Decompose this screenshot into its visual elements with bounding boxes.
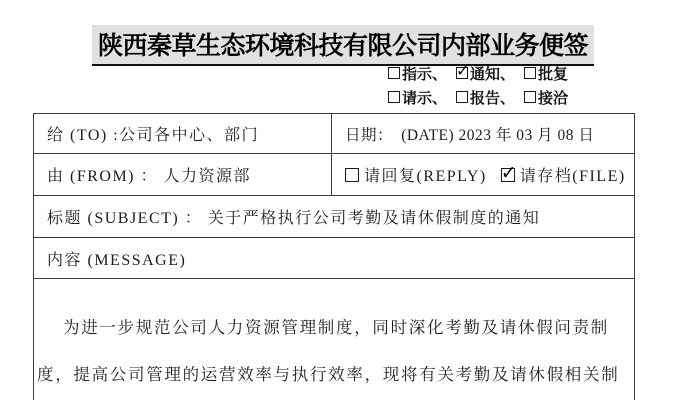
option-pifu: 批复 xyxy=(524,63,568,84)
doc-type-row-2: 请示、 报告、 接洽 xyxy=(388,85,568,109)
doc-type-panel: 指示、 通知、 批复 请示、 报告、 接洽 xyxy=(388,61,568,109)
to-field: 给 (TO) :公司各中心、部门 xyxy=(34,114,332,153)
checkbox-icon xyxy=(388,91,400,103)
checkbox-checked-icon xyxy=(456,67,468,79)
message-body: 为进一步规范公司人力资源管理制度，同时深化考勤及请休假问责制 度，提高公司管理的… xyxy=(34,279,634,398)
option-label: 报告、 xyxy=(470,87,515,108)
option-label: 指示、 xyxy=(402,63,447,84)
file-label: 请存档(FILE) xyxy=(520,163,626,186)
checkbox-icon xyxy=(456,91,468,103)
checkbox-icon xyxy=(524,91,536,103)
memo-title: 陕西秦草生态环境科技有限公司内部业务便签 xyxy=(92,25,594,66)
option-jieqia: 接洽 xyxy=(524,87,568,108)
date-field: 日期： (DATE) 2023 年 03 月 08 日 xyxy=(332,114,634,153)
option-qingshi: 请示、 xyxy=(388,87,447,108)
file-checkbox-checked-icon xyxy=(501,168,515,182)
memo-table: 给 (TO) :公司各中心、部门 日期： (DATE) 2023 年 03 月 … xyxy=(33,113,635,400)
option-baogao: 报告、 xyxy=(456,87,515,108)
option-tongzhi: 通知、 xyxy=(456,63,515,84)
option-label: 接洽 xyxy=(538,87,568,108)
reply-checkbox-icon xyxy=(345,168,359,182)
checkbox-icon xyxy=(524,67,536,79)
option-zhishi: 指示、 xyxy=(388,63,447,84)
checkbox-icon xyxy=(388,67,400,79)
body-line-2: 度，提高公司管理的运营效率与执行效率，现将有关考勤及请休假相关制 xyxy=(37,351,632,398)
memo-document: 陕西秦草生态环境科技有限公司内部业务便签 指示、 通知、 批复 请示、 xyxy=(0,0,674,400)
doc-type-row-1: 指示、 通知、 批复 xyxy=(388,61,568,85)
option-label: 请示、 xyxy=(402,87,447,108)
reply-label: 请回复(REPLY) xyxy=(364,163,487,186)
option-label: 批复 xyxy=(538,63,568,84)
option-label: 通知、 xyxy=(470,63,515,84)
message-header: 内容 (MESSAGE) xyxy=(34,238,634,278)
table-row-message-header: 内容 (MESSAGE) xyxy=(34,238,634,279)
table-row-from-reply: 由 (FROM) ： 人力资源部 请回复(REPLY) 请存档(FILE) xyxy=(34,154,634,196)
table-row-to-date: 给 (TO) :公司各中心、部门 日期： (DATE) 2023 年 03 月 … xyxy=(34,114,634,154)
from-field: 由 (FROM) ： 人力资源部 xyxy=(34,154,332,195)
reply-file-field: 请回复(REPLY) 请存档(FILE) xyxy=(332,154,634,195)
body-line-1: 为进一步规范公司人力资源管理制度，同时深化考勤及请休假问责制 xyxy=(37,304,632,351)
subject-field: 标题 (SUBJECT) ： 关于严格执行公司考勤及请休假制度的通知 xyxy=(34,196,634,237)
table-row-subject: 标题 (SUBJECT) ： 关于严格执行公司考勤及请休假制度的通知 xyxy=(34,196,634,238)
